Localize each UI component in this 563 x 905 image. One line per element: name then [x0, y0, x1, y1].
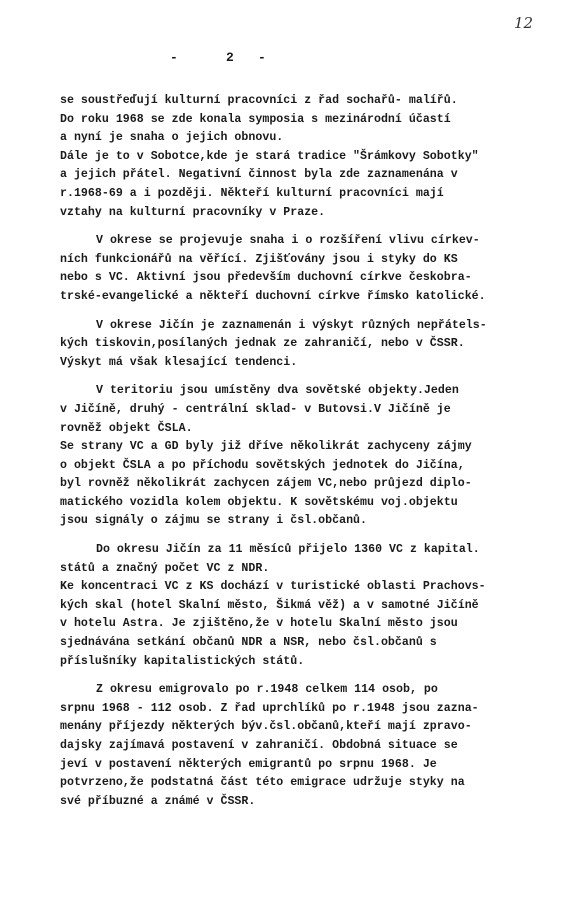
- text-line: jeví v postavení některých emigrantů po …: [60, 756, 550, 775]
- text-line: nebo s VC. Aktivní jsou především duchov…: [60, 269, 550, 288]
- document-body: se soustřeďují kulturní pracovníci z řad…: [60, 92, 550, 821]
- text-line: Z okresu emigrovalo po r.1948 celkem 114…: [60, 681, 550, 700]
- paragraph-soviet-objects: V teritoriu jsou umístěny dva sovětské o…: [60, 382, 550, 531]
- text-line: sjednávána setkání občanů NDR a NSR, neb…: [60, 634, 550, 653]
- text-line: Se strany VC a GD byly již dříve několik…: [60, 438, 550, 457]
- page-number: 2: [226, 50, 234, 65]
- text-line: se soustřeďují kulturní pracovníci z řad…: [60, 92, 550, 111]
- text-line: v hotelu Astra. Je zjištěno,že v hotelu …: [60, 615, 550, 634]
- text-line: Ke koncentraci VC z KS dochází v turisti…: [60, 578, 550, 597]
- text-line: a nyní je snaha o jejich obnovu.: [60, 129, 550, 148]
- text-line: srpnu 1968 - 112 osob. Z řad uprchlíků p…: [60, 700, 550, 719]
- text-line: států a značný počet VC z NDR.: [60, 560, 550, 579]
- text-line: V okrese Jičín je zaznamenán i výskyt rů…: [60, 317, 550, 336]
- text-line: ních funkcionářů na věřící. Zjišťovány j…: [60, 251, 550, 270]
- paragraph-culture: se soustřeďují kulturní pracovníci z řad…: [60, 92, 550, 222]
- text-line: Do okresu Jičín za 11 měsíců přijelo 136…: [60, 541, 550, 560]
- text-line: matického vozidla kolem objektu. K sovět…: [60, 494, 550, 513]
- paragraph-church: V okrese se projevuje snaha i o rozšířen…: [60, 232, 550, 306]
- text-line: V okrese se projevuje snaha i o rozšířen…: [60, 232, 550, 251]
- text-line: potvrzeno,že podstatná část této emigrac…: [60, 774, 550, 793]
- text-line: své příbuzné a známé v ČSSR.: [60, 793, 550, 812]
- paragraph-hostile-print: V okrese Jičín je zaznamenán i výskyt rů…: [60, 317, 550, 373]
- text-line: kých tiskovin,posílaných jednak ze zahra…: [60, 335, 550, 354]
- text-line: o objekt ČSLA a po příchodu sovětských j…: [60, 457, 550, 476]
- dash-right: -: [258, 50, 266, 65]
- text-line: menány příjezdy některých býv.čsl.občanů…: [60, 718, 550, 737]
- folio-number: 12: [514, 14, 533, 32]
- text-line: trské-evangelické a někteří duchovní cír…: [60, 288, 550, 307]
- text-line: Výskyt má však klesající tendenci.: [60, 354, 550, 373]
- dash-left: -: [170, 50, 178, 65]
- text-line: rovněž objekt ČSLA.: [60, 420, 550, 439]
- paragraph-emigration: Z okresu emigrovalo po r.1948 celkem 114…: [60, 681, 550, 811]
- text-line: Do roku 1968 se zde konala symposia s me…: [60, 111, 550, 130]
- text-line: Dále je to v Sobotce,kde je stará tradic…: [60, 148, 550, 167]
- text-line: a jejich přátel. Negativní činnost byla …: [60, 166, 550, 185]
- paragraph-visitors: Do okresu Jičín za 11 měsíců přijelo 136…: [60, 541, 550, 671]
- text-line: V teritoriu jsou umístěny dva sovětské o…: [60, 382, 550, 401]
- text-line: příslušníky kapitalistických států.: [60, 653, 550, 672]
- text-line: r.1968-69 a i později. Někteří kulturní …: [60, 185, 550, 204]
- text-line: jsou signály o zájmu se strany i čsl.obč…: [60, 512, 550, 531]
- text-line: vztahy na kulturní pracovníky v Praze.: [60, 204, 550, 223]
- text-line: kých skal (hotel Skalní město, Šikmá věž…: [60, 597, 550, 616]
- text-line: v Jičíně, druhý - centrální sklad- v But…: [60, 401, 550, 420]
- text-line: dajsky zajímavá postavení v zahraničí. O…: [60, 737, 550, 756]
- text-line: byl rovněž několikrát zachycen zájem VC,…: [60, 475, 550, 494]
